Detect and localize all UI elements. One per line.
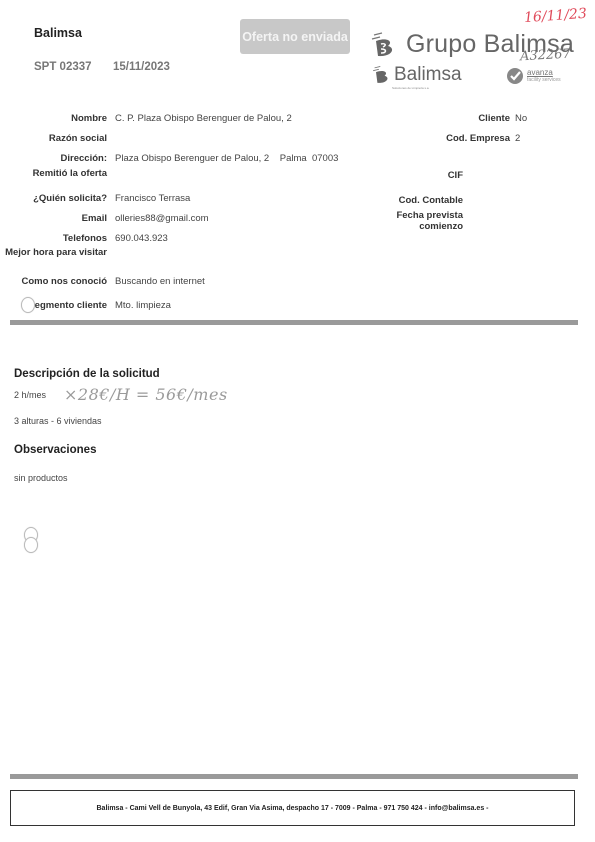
reference-number: SPT 02337 <box>34 61 92 73</box>
section-divider <box>10 320 578 325</box>
field-value-como-nos-conocio: Buscando en internet <box>115 276 205 287</box>
description-line-1: 2 h/mes <box>14 390 46 400</box>
field-label-cod-contable: Cod. Contable <box>333 195 463 206</box>
field-label-nombre: Nombre <box>2 113 107 124</box>
field-label-email: Email <box>2 213 107 224</box>
field-label-direccion: Dirección: <box>2 153 107 164</box>
document-date: 15/11/2023 <box>113 61 170 73</box>
field-value-cliente: No <box>515 113 527 124</box>
balimsa-tagline: Soluciones de Limpieza s.a. <box>392 86 429 90</box>
field-label-como-nos-conocio: Como nos conoció <box>2 276 107 287</box>
field-value-direccion: Plaza Obispo Berenguer de Palou, 2 Palma… <box>115 153 338 164</box>
punch-hole-mark <box>21 297 35 313</box>
avanza-tagline: facility services <box>527 77 561 84</box>
balimsa-b-logo-icon <box>368 31 398 59</box>
field-value-segmento-cliente: Mto. limpieza <box>115 300 171 311</box>
field-label-cif: CIF <box>333 170 463 181</box>
field-label-mejor-hora: Mejor hora para visitar <box>2 247 107 258</box>
status-badge: Oferta no enviada <box>240 19 350 54</box>
observations-text: sin productos <box>14 473 68 483</box>
field-label-cod-empresa: Cod. Empresa <box>380 133 510 144</box>
field-label-razon-social: Razón social <box>2 133 107 144</box>
field-value-quien-solicita: Francisco Terrasa <box>115 193 190 204</box>
avanza-check-icon <box>506 67 524 85</box>
balimsa-b-logo-icon <box>370 65 392 85</box>
handwritten-date: 16/11/23 <box>524 6 588 26</box>
description-line-2: 3 alturas - 6 viviendas <box>14 416 102 426</box>
handwritten-calculation: ×28€/H = 56€/mes <box>64 385 228 404</box>
avanza-name: avanza <box>527 68 561 77</box>
field-value-telefonos: 690.043.923 <box>115 233 168 244</box>
field-label-remitio-oferta: Remitió la oferta <box>2 168 107 179</box>
footer-divider <box>10 774 578 779</box>
description-title: Descripción de la solicitud <box>14 368 160 380</box>
field-value-email: olleries88@gmail.com <box>115 213 209 224</box>
field-label-quien-solicita: ¿Quién solicita? <box>2 193 107 204</box>
balimsa-logo: Balimsa Soluciones de Limpieza s.a. <box>370 64 462 86</box>
balimsa-logo-text: Balimsa <box>394 64 462 86</box>
avanza-logo: avanza facility services <box>506 67 561 85</box>
field-label-segmento-cliente: Segmento cliente <box>2 300 107 311</box>
punch-hole-mark <box>24 537 38 553</box>
company-name: Balimsa <box>34 26 82 40</box>
field-label-telefonos: Telefonos <box>2 233 107 244</box>
handwritten-code: A32267 <box>520 47 571 65</box>
field-value-cod-empresa: 2 <box>515 133 520 144</box>
footer-box: Balimsa - Cami Vell de Bunyola, 43 Edif,… <box>10 790 575 826</box>
field-label-fecha-prevista: Fecha prevista comienzo <box>393 210 463 232</box>
field-label-cliente: Cliente <box>380 113 510 124</box>
field-value-nombre: C. P. Plaza Obispo Berenguer de Palou, 2 <box>115 113 292 124</box>
observations-title: Observaciones <box>14 444 96 456</box>
footer-contact-info: Balimsa - Cami Vell de Bunyola, 43 Edif,… <box>97 805 489 812</box>
